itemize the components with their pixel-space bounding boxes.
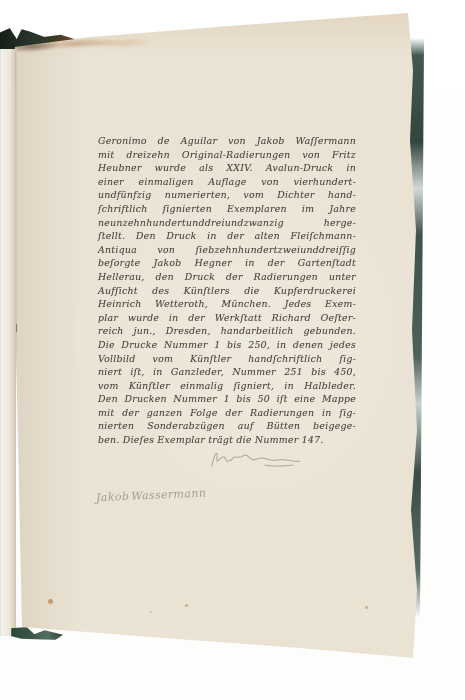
colophon-line: undfünfzig numerierten, vom Dichter hand… bbox=[98, 189, 356, 203]
colophon-line: Geronimo de Aguilar von Jakob Waſſermann bbox=[98, 135, 356, 149]
colophon-text: Geronimo de Aguilar von Jakob Waſſermann… bbox=[98, 135, 356, 448]
book-photo: Geronimo de Aguilar von Jakob Waſſermann… bbox=[0, 0, 465, 700]
pencil-annotation: Jakob Wassermann bbox=[96, 487, 207, 505]
colophon-line: Antiqua von ſiebzehnhundertzweiunddreiſſ… bbox=[98, 244, 356, 258]
colophon-line: mit der ganzen Folge der Radierungen in … bbox=[98, 407, 356, 421]
colophon-line: Aufſicht des Künſtlers die Kupferdrucker… bbox=[98, 285, 356, 299]
book-page: Geronimo de Aguilar von Jakob Waſſermann… bbox=[0, 0, 465, 700]
colophon-line: Vollbild vom Künſtler handſchriftlich ſi… bbox=[98, 353, 356, 367]
colophon-line: mit dreizehn Original-Radierungen von Fr… bbox=[98, 149, 356, 163]
foxing-spot bbox=[150, 611, 152, 613]
colophon-line: Heubner wurde als XXIV. Avalun-Druck in bbox=[98, 162, 356, 176]
foxing-spot bbox=[365, 606, 368, 609]
colophon-line: Die Drucke Nummer 1 bis 250, in denen je… bbox=[98, 339, 356, 353]
colophon-line: ſchriftlich ſignierten Exemplaren im Jah… bbox=[98, 203, 356, 217]
colophon-line: niert iſt, in Ganzleder, Nummer 251 bis … bbox=[98, 366, 356, 380]
foxing-spot bbox=[185, 604, 188, 607]
colophon-line: Heinrich Wetteroth, München. Jedes Exem- bbox=[98, 298, 356, 312]
colophon-line: vom Künſtler einmalig ſigniert, in Halbl… bbox=[98, 380, 356, 394]
foxing-spot bbox=[48, 599, 53, 604]
colophon-line: Den Drucken Nummer 1 bis 50 iſt eine Map… bbox=[98, 393, 356, 407]
colophon-line: ſtellt. Den Druck in der alten Fleiſchma… bbox=[98, 230, 356, 244]
colophon-line: reich jun., Dresden, handarbeitlich gebu… bbox=[98, 325, 356, 339]
colophon-line: plar wurde in der Werkſtatt Richard Oeſt… bbox=[98, 312, 356, 326]
colophon-line: beſorgte Jakob Hegner in der Gartenſtadt bbox=[98, 257, 356, 271]
colophon-line: nierten Sonderabzügen auf Bütten beigege… bbox=[98, 420, 356, 434]
author-signature-icon bbox=[205, 444, 305, 480]
page-stack-edge bbox=[0, 36, 16, 636]
colophon-line: neunzehnhundertunddreiundzwanzig herge- bbox=[98, 217, 356, 231]
colophon-line: einer einmaligen Auflage von vierhundert… bbox=[98, 176, 356, 190]
colophon-line: Hellerau, den Druck der Radierungen unte… bbox=[98, 271, 356, 285]
